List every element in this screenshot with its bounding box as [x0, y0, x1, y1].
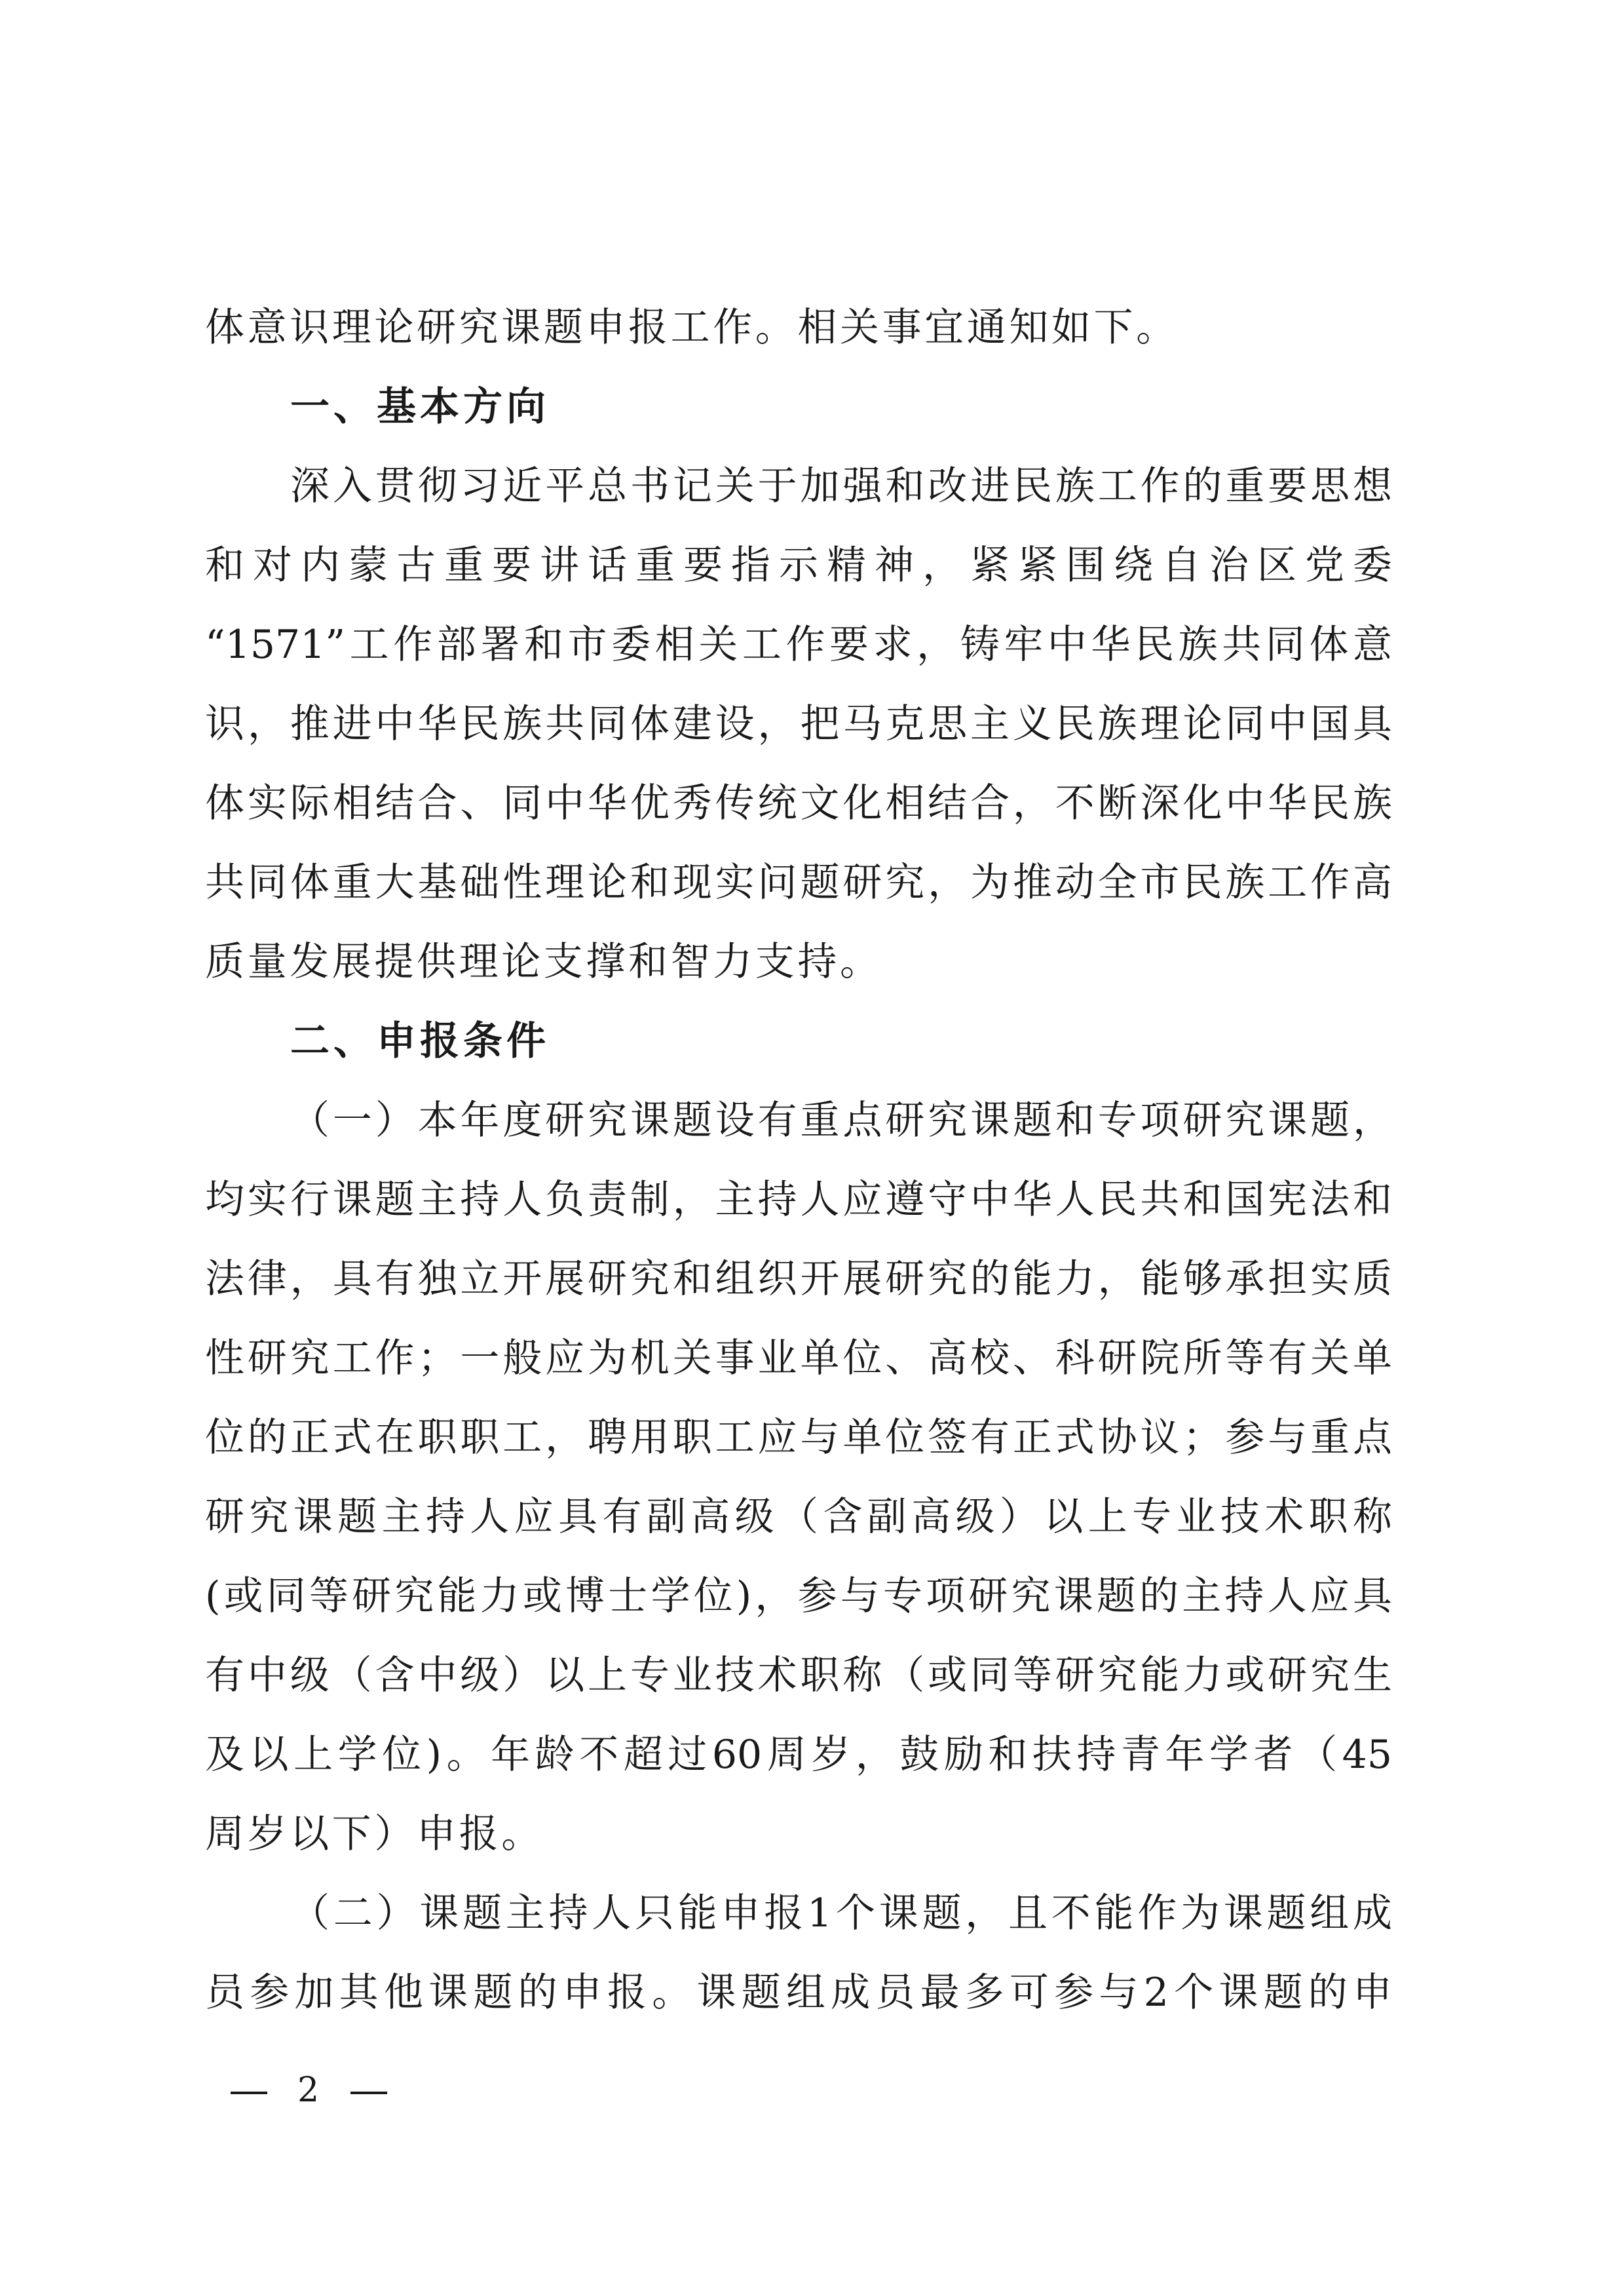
paragraph-line-14: 性研究工作；一般应为机关事业单位、高校、科研院所等有关单 — [205, 1328, 1392, 1388]
paragraph-line-12: 均实行课题主持人负责制，主持人应遵守中华人民共和国宪法和 — [205, 1170, 1392, 1230]
paragraph-line-4: 和对内蒙古重要讲话重要指示精神，紧紧围绕自治区党委 — [205, 535, 1392, 596]
paragraph-line-1: 体意识理论研究课题申报工作。相关事宜通知如下。 — [205, 297, 1392, 358]
paragraph-line-13: 法律，具有独立开展研究和组织开展研究的能力，能够承担实质 — [205, 1249, 1392, 1309]
paragraph-line-20: 周岁以下）申报。 — [205, 1804, 1392, 1864]
page-footer: 2 — [231, 2064, 387, 2116]
paragraph-line-17: (或同等研究能力或博士学位)，参与专项研究课题的主持人应具 — [205, 1566, 1392, 1626]
paragraph-line-21: （二）课题主持人只能申报1个课题，且不能作为课题组成 — [290, 1883, 1392, 1943]
paragraph-line-5: “1571”工作部署和市委相关工作要求，铸牢中华民族共同体意 — [205, 615, 1392, 675]
section-heading-application-conditions: 二、申报条件 — [290, 1011, 550, 1071]
document-page: 体意识理论研究课题申报工作。相关事宜通知如下。 一、基本方向 深入贯彻习近平总书… — [0, 0, 1624, 2296]
page-number: 2 — [297, 2064, 320, 2116]
paragraph-line-16: 研究课题主持人应具有副高级（含副高级）以上专业技术职称 — [205, 1487, 1392, 1547]
paragraph-line-15: 位的正式在职职工，聘用职工应与单位签有正式协议；参与重点 — [205, 1407, 1392, 1468]
paragraph-line-9: 质量发展提供理论支撑和智力支持。 — [205, 932, 1392, 992]
paragraph-line-22: 员参加其他课题的申报。课题组成员最多可参与2个课题的申 — [205, 1962, 1392, 2023]
section-heading-basic-direction: 一、基本方向 — [290, 377, 550, 437]
paragraph-line-11: （一）本年度研究课题设有重点研究课题和专项研究课题， — [290, 1090, 1392, 1151]
paragraph-line-6: 识，推进中华民族共同体建设，把马克思主义民族理论同中国具 — [205, 694, 1392, 754]
paragraph-line-3: 深入贯彻习近平总书记关于加强和改进民族工作的重要思想 — [290, 456, 1392, 516]
paragraph-line-19: 及以上学位)。年龄不超过60周岁，鼓励和扶持青年学者（45 — [205, 1725, 1392, 1785]
footer-dash-right — [350, 2092, 387, 2094]
paragraph-line-8: 共同体重大基础性理论和现实问题研究，为推动全市民族工作高 — [205, 852, 1392, 913]
paragraph-line-7: 体实际相结合、同中华优秀传统文化相结合，不断深化中华民族 — [205, 773, 1392, 833]
footer-dash-left — [231, 2092, 267, 2094]
paragraph-line-18: 有中级（含中级）以上专业技术职称（或同等研究能力或研究生 — [205, 1645, 1392, 1706]
